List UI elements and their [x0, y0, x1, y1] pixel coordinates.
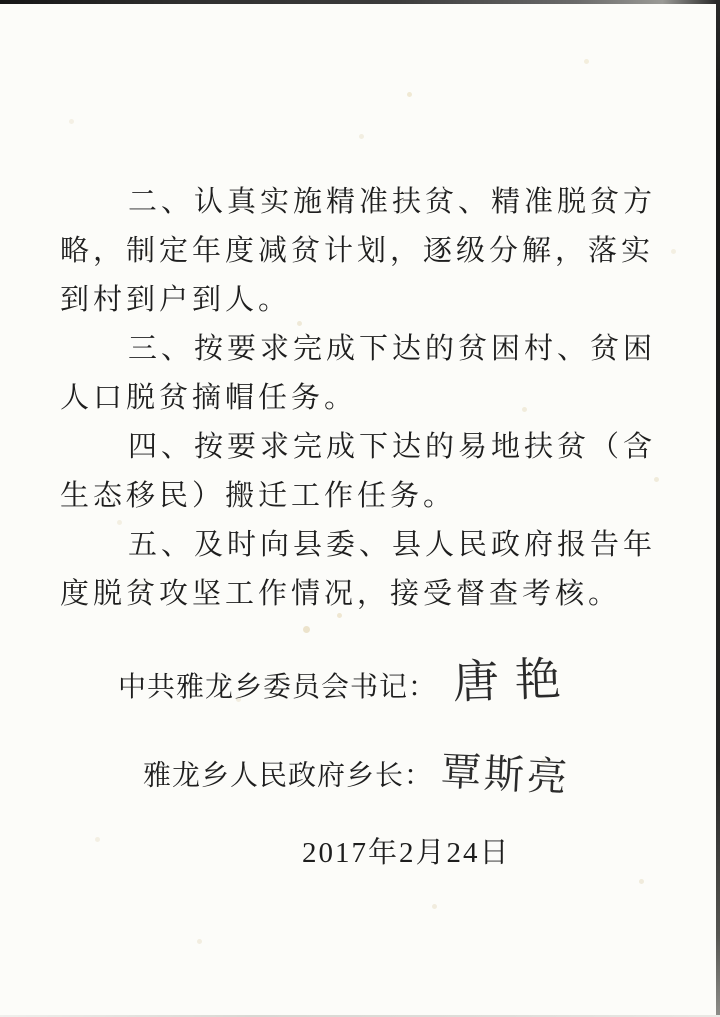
- signature-handwritten-mayor: 覃斯亮: [440, 740, 572, 804]
- document-body: 二、认真实施精准扶贫、精准脱贫方 略，制定年度减贫计划，逐级分解，落实 到村到户…: [60, 178, 680, 619]
- body-line: 二、认真实施精准扶贫、精准脱贫方: [60, 178, 680, 227]
- body-line: 度脱贫攻坚工作情况，接受督查考核。: [60, 570, 680, 619]
- paper-texture-speckles: [0, 0, 3, 3]
- scan-edge-right: [716, 0, 720, 1017]
- body-line: 三、按要求完成下达的贫困村、贫困: [60, 325, 680, 374]
- body-line: 略，制定年度减贫计划，逐级分解，落实: [60, 227, 680, 276]
- scan-edge-top: [0, 0, 720, 4]
- scanned-document-page: 二、认真实施精准扶贫、精准脱贫方 略，制定年度减贫计划，逐级分解，落实 到村到户…: [0, 0, 720, 1017]
- body-line: 生态移民）搬迁工作任务。: [60, 472, 680, 521]
- signature-label-mayor: 雅龙乡人民政府乡长：: [143, 761, 433, 792]
- body-line: 人口脱贫摘帽任务。: [60, 374, 680, 423]
- signature-label-secretary: 中共雅龙乡委员会书记：: [118, 672, 437, 703]
- signature-handwritten-secretary: 唐艳: [452, 642, 578, 712]
- document-date: 2017年2月24日: [302, 830, 511, 871]
- signature-line-secretary: 中共雅龙乡委员会书记：唐艳: [118, 652, 577, 718]
- signature-line-mayor: 雅龙乡人民政府乡长：覃斯亮: [143, 745, 570, 802]
- body-line: 四、按要求完成下达的易地扶贫（含: [60, 423, 680, 472]
- body-line: 到村到户到人。: [60, 276, 680, 325]
- body-line: 五、及时向县委、县人民政府报告年: [60, 521, 680, 570]
